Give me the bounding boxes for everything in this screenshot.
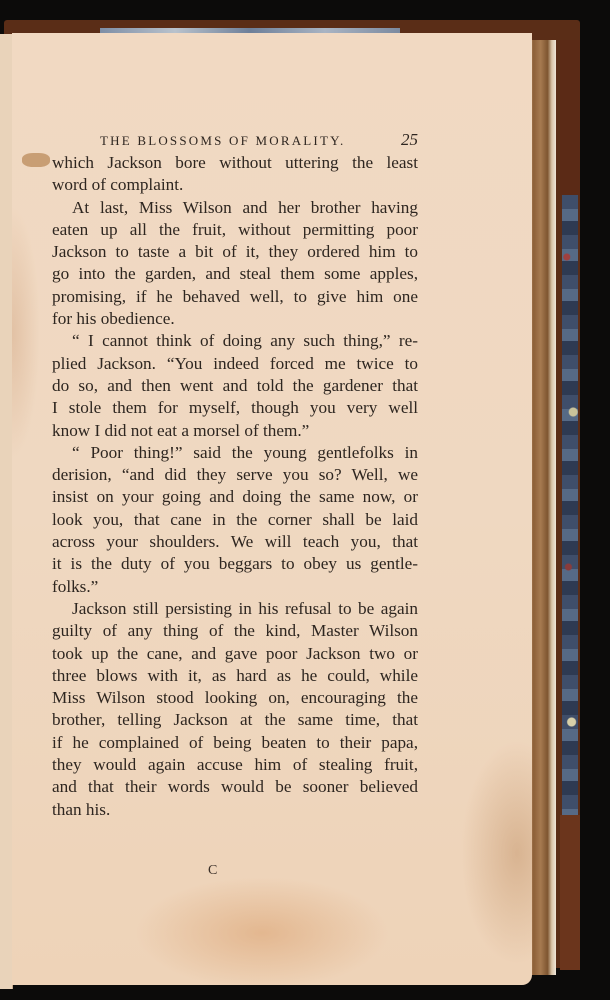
leather-spine-edge-top [560,40,580,195]
text-line: took up the cane, and gave poor Jackson … [52,643,418,665]
text-line: promising, if he behaved well, to give h… [52,286,418,308]
page-stain [22,153,50,167]
text-line: know I did not eat a morsel of them.” [52,420,418,442]
text-line: if he complained of being beaten to thei… [52,732,418,754]
text-line: Jackson still persisting in his refusal … [52,598,418,620]
marbled-board-side [562,195,578,815]
text-line: Miss Wilson stood looking on, encouragin… [52,687,418,709]
text-line: than his. [52,799,418,821]
text-line: eaten up all the fruit, without permitti… [52,219,418,241]
text-line: do so, and then went and told the garden… [52,375,418,397]
text-line: it is the duty of you beggars to obey us… [52,553,418,575]
text-line: At last, Miss Wilson and her brother hav… [52,197,418,219]
text-line: they would again accuse him of stealing … [52,754,418,776]
page-fore-edge [528,40,556,975]
paragraph: “ I cannot think of doing any such thing… [52,330,418,441]
text-line: which Jackson bore without uttering the … [52,152,418,174]
paragraph: Jackson still persisting in his refusal … [52,598,418,821]
text-line: look you, that cane in the corner shall … [52,509,418,531]
text-line: word of complaint. [52,174,418,196]
signature-mark: C [208,863,217,879]
text-line: plied Jackson. “You indeed forced me twi… [52,353,418,375]
text-line: and that their words would be sooner bel… [52,776,418,798]
leather-spine-edge-bottom [560,815,580,970]
text-line: go into the garden, and steal them some … [52,263,418,285]
paragraph: At last, Miss Wilson and her brother hav… [52,197,418,331]
text-line: folks.” [52,576,418,598]
text-line: “ I cannot think of doing any such thing… [52,330,418,352]
text-line: insist on your going and doing the same … [52,486,418,508]
text-line: I stole them for myself, though you very… [52,397,418,419]
text-line: brother, telling Jackson at the same tim… [52,709,418,731]
text-line: derision, “and did they serve you so? We… [52,464,418,486]
running-head: THE BLOSSOMS OF MORALITY. 25 [100,130,418,150]
text-line: guilty of any thing of the kind, Master … [52,620,418,642]
text-line: Jackson to taste a bit of it, they order… [52,241,418,263]
paragraph: “ Poor thing!” said the young gentlefolk… [52,442,418,598]
text-line: three blows with it, as hard as he could… [52,665,418,687]
text-line: across your shoulders. We will teach you… [52,531,418,553]
running-head-title: THE BLOSSOMS OF MORALITY. [100,133,345,149]
page-number: 25 [401,130,418,150]
paragraph: which Jackson bore without uttering the … [52,152,418,197]
text-line: “ Poor thing!” said the young gentlefolk… [52,442,418,464]
page-text: THE BLOSSOMS OF MORALITY. 25 which Jacks… [52,130,418,821]
text-line: for his obedience. [52,308,418,330]
